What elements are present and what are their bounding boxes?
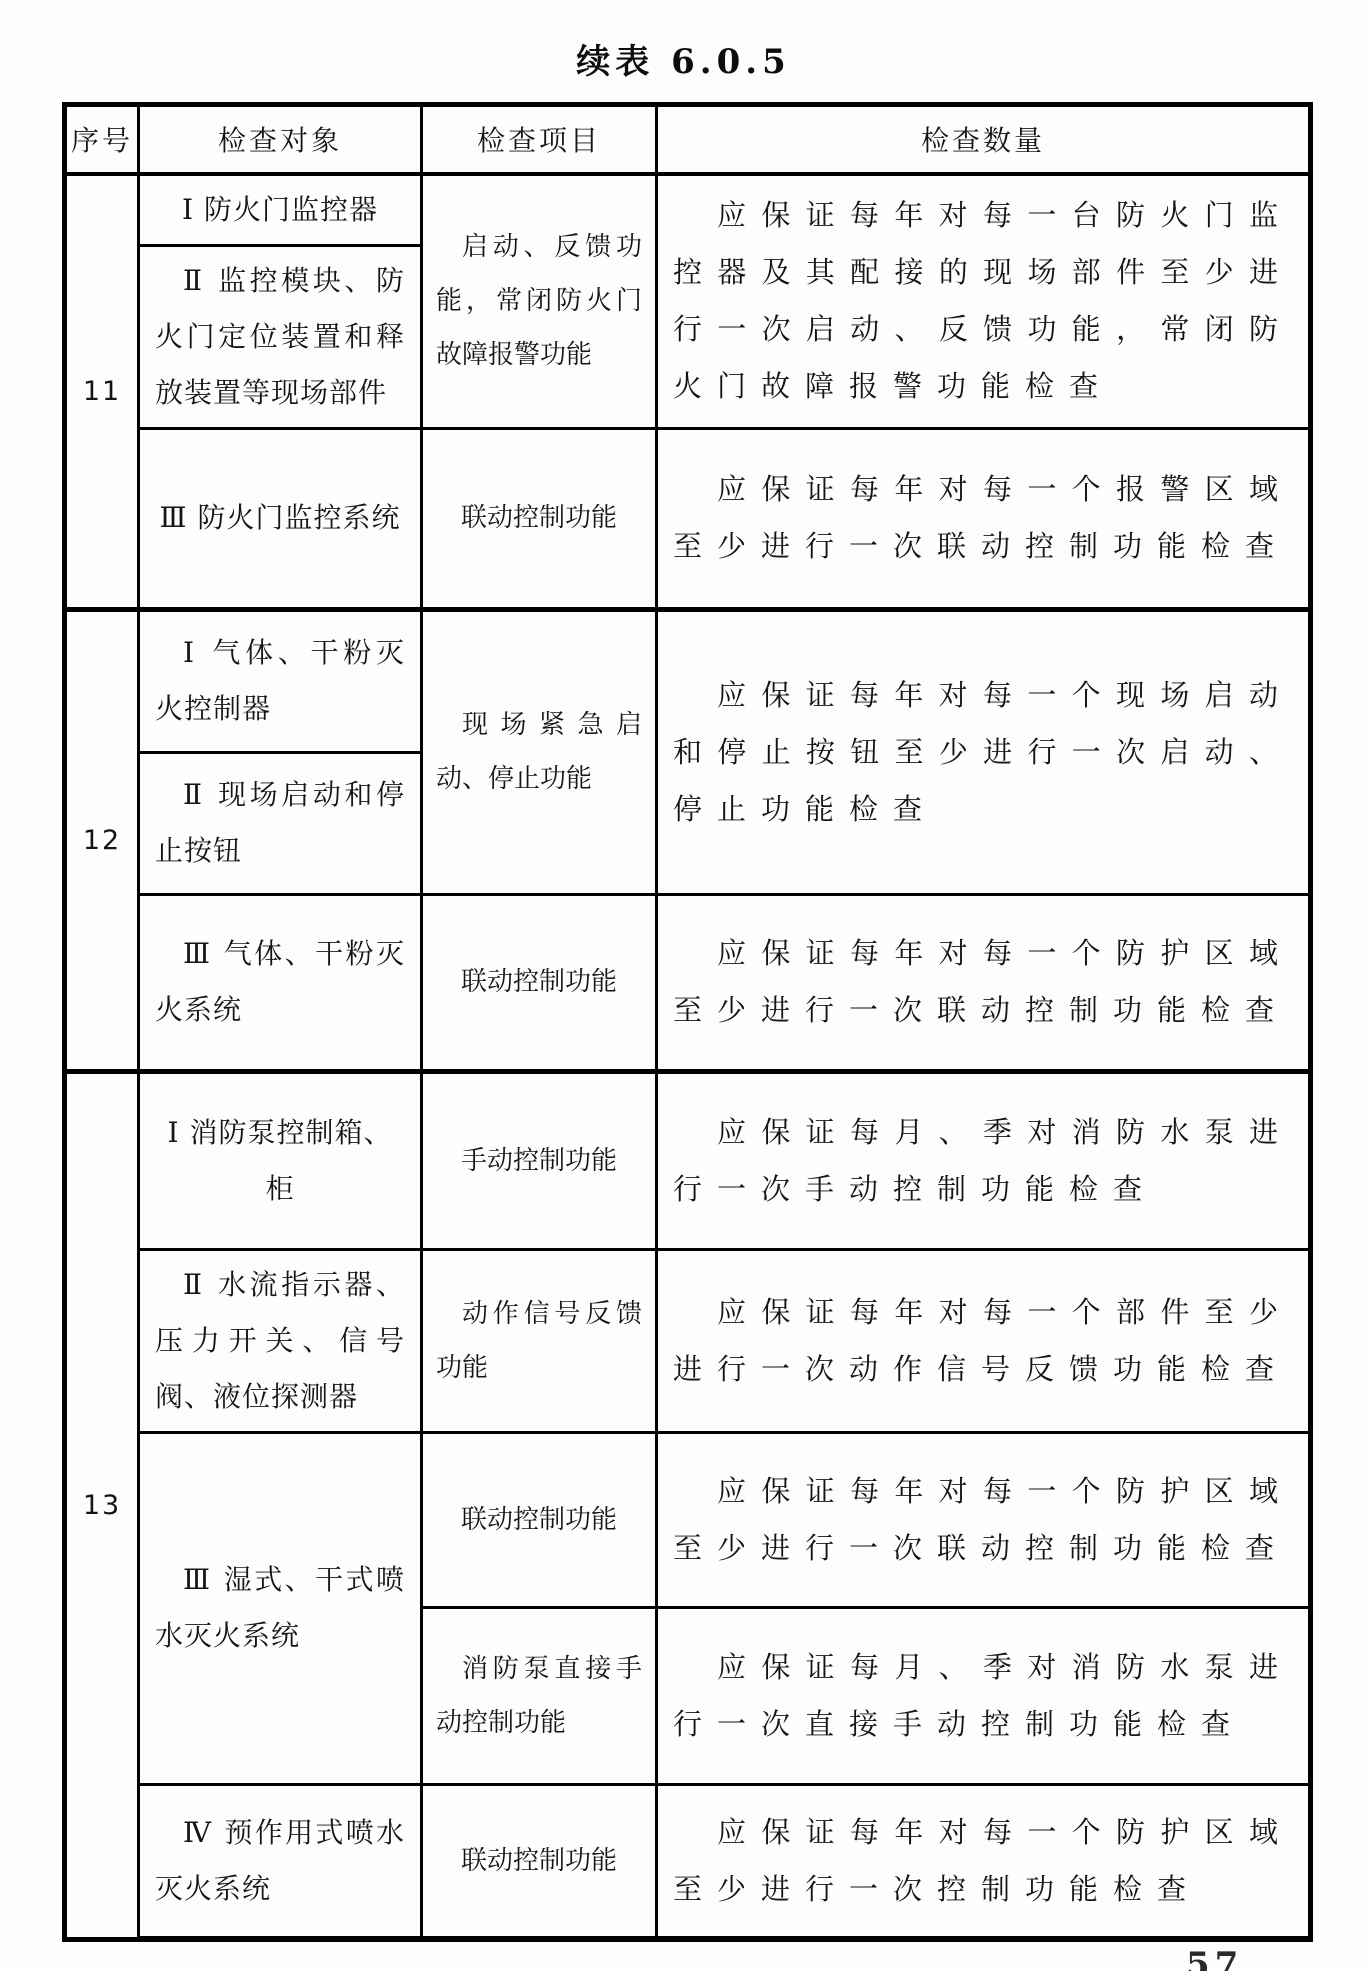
- object-cell-13-1: Ⅰ 消防泵控制箱、柜: [139, 1071, 422, 1249]
- col-header-quantity: 检查数量: [657, 105, 1311, 174]
- table-row: Ⅱ 水流指示器、压力开关、信号阀、液位探测器 动作信号反馈功能 应保证每年对每一…: [65, 1249, 1311, 1432]
- item-cell-11-1: 启动、反馈功能，常闭防火门故障报警功能: [422, 174, 657, 429]
- scanned-page: 续表 6.0.5 序号 检查对象 检查项目 检查数量 11 Ⅰ 防火门监控器 启…: [0, 0, 1367, 1971]
- quantity-cell-13-1: 应保证每月、季对消防水泵进行一次手动控制功能检查: [657, 1071, 1311, 1249]
- item-cell-11-2: 联动控制功能: [422, 428, 657, 609]
- col-header-serial: 序号: [65, 105, 139, 174]
- table-row: 11 Ⅰ 防火门监控器 启动、反馈功能，常闭防火门故障报警功能 应保证每年对每一…: [65, 174, 1311, 246]
- page-number: 57: [1186, 1948, 1266, 1971]
- inspection-table: 序号 检查对象 检查项目 检查数量 11 Ⅰ 防火门监控器 启动、反馈功能，常闭…: [62, 102, 1313, 1942]
- col-header-item: 检查项目: [422, 105, 657, 174]
- object-cell-11-1: Ⅰ 防火门监控器: [139, 174, 422, 246]
- item-cell-12-1: 现场紧急启动、停止功能: [422, 609, 657, 894]
- item-cell-13-3: 联动控制功能: [422, 1432, 657, 1607]
- quantity-cell-13-2: 应保证每年对每一个部件至少进行一次动作信号反馈功能检查: [657, 1249, 1311, 1432]
- table-row: Ⅳ 预作用式喷水灭火系统 联动控制功能 应保证每年对每一个防护区域至少进行一次控…: [65, 1784, 1311, 1939]
- table-row: 13 Ⅰ 消防泵控制箱、柜 手动控制功能 应保证每月、季对消防水泵进行一次手动控…: [65, 1071, 1311, 1249]
- serial-cell-11: 11: [65, 174, 139, 610]
- quantity-cell-11-1: 应保证每年对每一台防火门监控器及其配接的现场部件至少进行一次启动、反馈功能，常闭…: [657, 174, 1311, 429]
- object-cell-13-2: Ⅱ 水流指示器、压力开关、信号阀、液位探测器: [139, 1249, 422, 1432]
- item-cell-13-2: 动作信号反馈功能: [422, 1249, 657, 1432]
- quantity-cell-12-2: 应保证每年对每一个防护区域至少进行一次联动控制功能检查: [657, 894, 1311, 1071]
- serial-cell-12: 12: [65, 609, 139, 1071]
- object-cell-12-2: Ⅱ 现场启动和停止按钮: [139, 752, 422, 894]
- object-cell-12-1: Ⅰ 气体、干粉灭火控制器: [139, 609, 422, 752]
- item-cell-13-1: 手动控制功能: [422, 1071, 657, 1249]
- quantity-cell-13-3: 应保证每年对每一个防护区域至少进行一次联动控制功能检查: [657, 1432, 1311, 1607]
- serial-cell-13: 13: [65, 1071, 139, 1939]
- table-title: 续表 6.0.5: [0, 34, 1367, 83]
- table-row: 12 Ⅰ 气体、干粉灭火控制器 现场紧急启动、停止功能 应保证每年对每一个现场启…: [65, 609, 1311, 752]
- quantity-cell-13-4: 应保证每月、季对消防水泵进行一次直接手动控制功能检查: [657, 1607, 1311, 1784]
- col-header-object: 检查对象: [139, 105, 422, 174]
- object-cell-11-2: Ⅱ 监控模块、防火门定位装置和释放装置等现场部件: [139, 245, 422, 428]
- quantity-cell-11-2: 应保证每年对每一个报警区域至少进行一次联动控制功能检查: [657, 428, 1311, 609]
- object-cell-13-4: Ⅳ 预作用式喷水灭火系统: [139, 1784, 422, 1939]
- header-row: 序号 检查对象 检查项目 检查数量: [65, 105, 1311, 174]
- object-cell-11-3: Ⅲ 防火门监控系统: [139, 428, 422, 609]
- table-row: Ⅲ 防火门监控系统 联动控制功能 应保证每年对每一个报警区域至少进行一次联动控制…: [65, 428, 1311, 609]
- item-cell-13-4: 消防泵直接手动控制功能: [422, 1607, 657, 1784]
- quantity-cell-12-1: 应保证每年对每一个现场启动和停止按钮至少进行一次启动、停止功能检查: [657, 609, 1311, 894]
- item-cell-12-2: 联动控制功能: [422, 894, 657, 1071]
- object-cell-12-3: Ⅲ 气体、干粉灭火系统: [139, 894, 422, 1071]
- table-row: Ⅲ 湿式、干式喷水灭火系统 联动控制功能 应保证每年对每一个防护区域至少进行一次…: [65, 1432, 1311, 1607]
- quantity-cell-13-5: 应保证每年对每一个防护区域至少进行一次控制功能检查: [657, 1784, 1311, 1939]
- item-cell-13-5: 联动控制功能: [422, 1784, 657, 1939]
- table-row: Ⅲ 气体、干粉灭火系统 联动控制功能 应保证每年对每一个防护区域至少进行一次联动…: [65, 894, 1311, 1071]
- object-cell-13-3: Ⅲ 湿式、干式喷水灭火系统: [139, 1432, 422, 1784]
